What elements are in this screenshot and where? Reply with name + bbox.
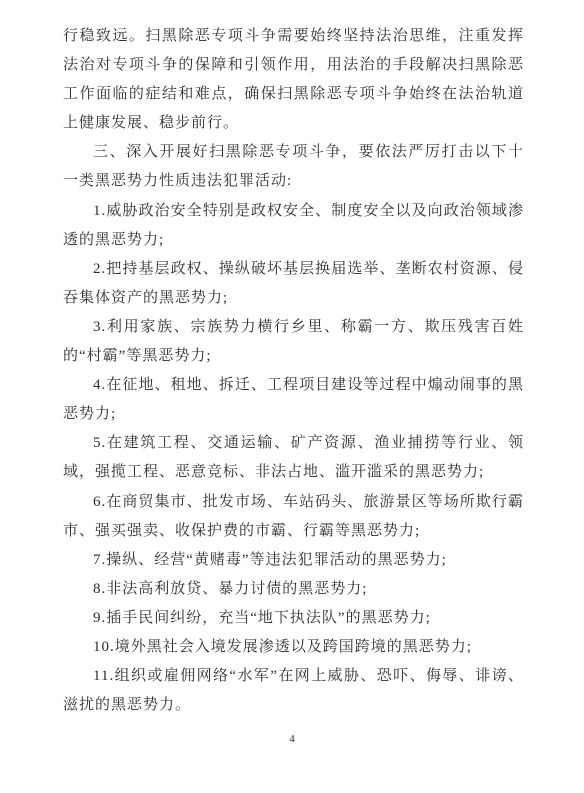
document-page: 行稳致远。扫黑除恶专项斗争需要始终坚持法治思维，注重发挥法治对专项斗争的保障和引… xyxy=(0,0,584,793)
paragraph: 1.威胁政治安全特别是政权安全、制度安全以及向政治领域渗透的黑恶势力; xyxy=(63,197,524,255)
page-footer: 4 xyxy=(0,729,584,747)
paragraph: 三、深入开展好扫黑除恶专项斗争，要依法严厉打击以下十一类黑恶势力性质违法犯罪活动… xyxy=(63,138,524,196)
paragraph: 6.在商贸集市、批发市场、车站码头、旅游景区等场所欺行霸市、强买强卖、收保护费的… xyxy=(63,488,524,546)
paragraph: 2.把持基层政权、操纵破坏基层换届选举、垄断农村资源、侵吞集体资产的黑恶势力; xyxy=(63,255,524,313)
paragraph: 3.利用家族、宗族势力横行乡里、称霸一方、欺压残害百姓的“村霸”等黑恶势力; xyxy=(63,313,524,371)
paragraph: 行稳致远。扫黑除恶专项斗争需要始终坚持法治思维，注重发挥法治对专项斗争的保障和引… xyxy=(63,22,524,138)
paragraph: 8.非法高利放贷、暴力讨债的黑恶势力; xyxy=(63,575,524,604)
page-number: 4 xyxy=(289,733,295,745)
paragraph: 11.组织或雇佣网络“水军”在网上威胁、恐吓、侮辱、诽谤、滋扰的黑恶势力。 xyxy=(63,662,524,720)
paragraph: 10.境外黑社会入境发展渗透以及跨国跨境的黑恶势力; xyxy=(63,633,524,662)
paragraph: 4.在征地、租地、拆迁、工程项目建设等过程中煽动闹事的黑恶势力; xyxy=(63,371,524,429)
paragraph: 5.在建筑工程、交通运输、矿产资源、渔业捕捞等行业、领域，强揽工程、恶意竞标、非… xyxy=(63,429,524,487)
paragraph: 9.插手民间纠纷，充当“地下执法队”的黑恶势力; xyxy=(63,604,524,633)
paragraph: 7.操纵、经营“黄赌毒”等违法犯罪活动的黑恶势力; xyxy=(63,546,524,575)
document-body: 行稳致远。扫黑除恶专项斗争需要始终坚持法治思维，注重发挥法治对专项斗争的保障和引… xyxy=(63,22,524,720)
